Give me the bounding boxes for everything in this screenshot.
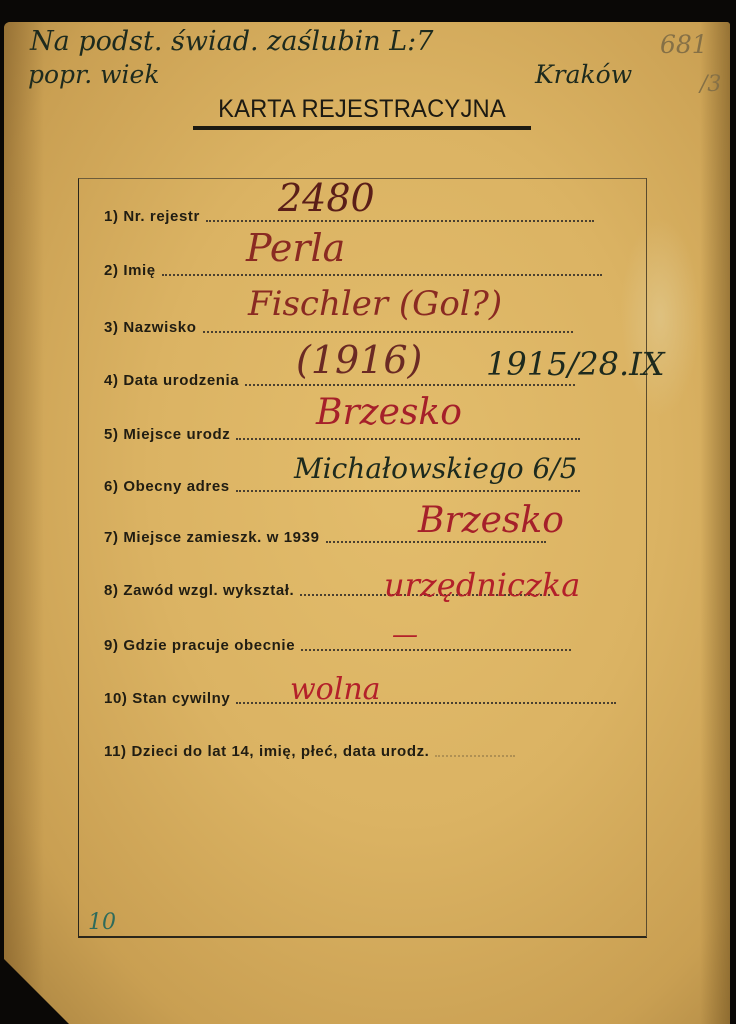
dotted-line	[236, 437, 580, 440]
value-imie: Perla	[246, 226, 345, 270]
annotation-line-1: Na podst. świad. zaślubin L:7	[30, 26, 433, 57]
field-label: 8) Zawód wzgl. wykształ.	[104, 582, 294, 599]
value-data-urodzenia: 1915/28.IX	[486, 345, 665, 383]
field-label: 6) Obecny adres	[104, 478, 230, 495]
dotted-line	[435, 754, 515, 757]
dotted-line	[236, 489, 580, 492]
torn-corner	[0, 955, 70, 1024]
field-label: 3) Nazwisko	[104, 319, 197, 336]
value-stan-cywilny: wolna	[290, 672, 381, 707]
value-nr-rejestr: 2480	[278, 176, 375, 220]
value-nazwisko: Fischler (Gol?)	[248, 284, 502, 324]
annotation-line-2: popr. wiek	[28, 60, 160, 89]
field-label: 5) Miejsce urodz	[104, 426, 230, 443]
form-frame-right-edge	[646, 178, 647, 937]
dotted-line	[203, 330, 573, 333]
field-label: 2) Imię	[104, 262, 156, 279]
field-imie: 2) Imię	[104, 262, 602, 279]
value-zawod: urzędniczka	[384, 566, 580, 604]
field-label: 11) Dzieci do lat 14, imię, płeć, data u…	[104, 743, 429, 760]
dotted-line	[162, 273, 602, 276]
dotted-line	[206, 219, 594, 222]
field-label: 7) Miejsce zamieszk. w 1939	[104, 529, 320, 546]
dotted-line	[245, 383, 575, 386]
annotation-line-1-tail: 681	[660, 30, 708, 59]
value-miejsce-urodz: Brzesko	[316, 392, 462, 433]
corner-number: 10	[88, 910, 116, 935]
value-obecny-adres: Michałowskiego 6/5	[294, 452, 578, 485]
field-label: 1) Nr. rejestr	[104, 208, 200, 225]
field-gdzie-pracuje: 9) Gdzie pracuje obecnie	[104, 637, 571, 654]
card-title: KARTA REJESTRACYJNA	[201, 95, 522, 124]
value-data-urodzenia-crossed: (1916)	[296, 338, 422, 382]
annotation-city-tail: /3	[700, 72, 721, 97]
title-underline	[193, 126, 531, 130]
dotted-line	[301, 648, 571, 651]
field-label: 9) Gdzie pracuje obecnie	[104, 637, 295, 654]
field-dzieci: 11) Dzieci do lat 14, imię, płeć, data u…	[104, 743, 515, 760]
field-label: 4) Data urodzenia	[104, 372, 239, 389]
annotation-city: Kraków	[535, 60, 632, 89]
field-label: 10) Stan cywilny	[104, 690, 230, 707]
value-gdzie-pracuje: —	[392, 620, 418, 650]
value-miejsce-zamieszk: Brzesko	[418, 500, 564, 541]
